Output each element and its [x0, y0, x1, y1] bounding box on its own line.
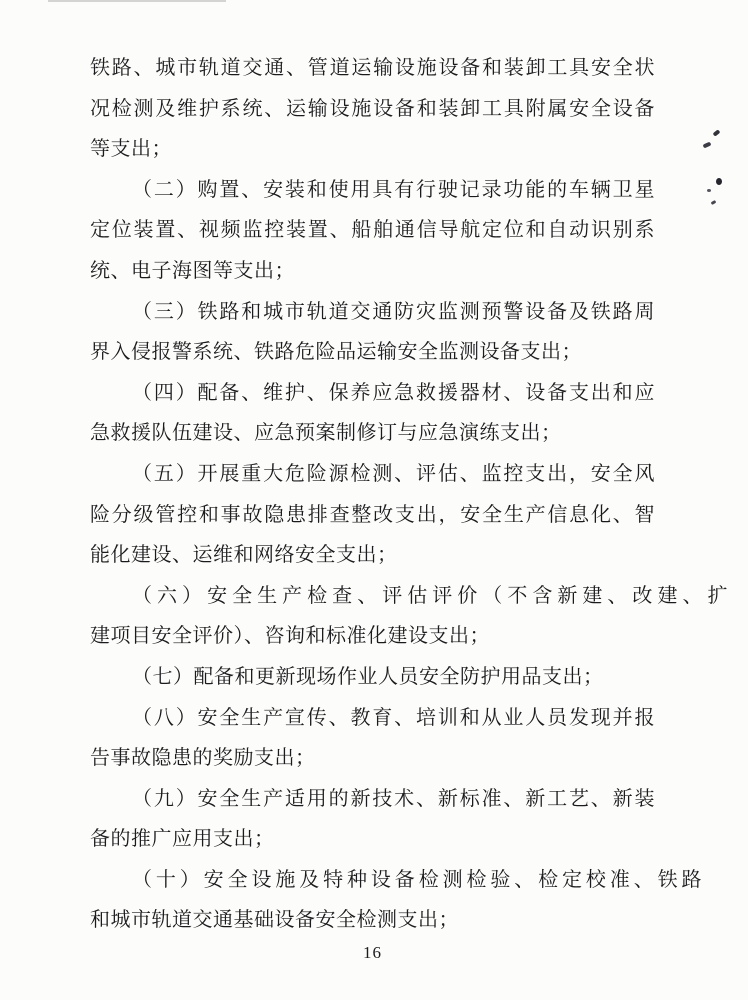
text-line-item-10: （十）安全设施及特种设备检测检验、检定校准、铁路 [90, 860, 702, 901]
text-line-item-3: （三）铁路和城市轨道交通防灾监测预警设备及铁路周 [90, 292, 655, 333]
text-line-item-6: （六）安全生产检查、评估评价（不含新建、改建、扩 [90, 576, 728, 617]
text-line: 等支出； [90, 129, 655, 170]
text-line: 和城市轨道交通基础设备安全检测支出； [90, 900, 655, 941]
ink-speck [713, 129, 721, 136]
text-line: 告事故隐患的奖励支出； [90, 738, 655, 779]
text-line-item-2: （二）购置、安装和使用具有行驶记录功能的车辆卫星 [90, 170, 655, 211]
text-line: 急救援队伍建设、应急预案制修订与应急演练支出； [90, 413, 655, 454]
text-line: 建项目安全评价）、咨询和标准化建设支出； [90, 616, 655, 657]
text-line-item-8: （八）安全生产宣传、教育、培训和从业人员发现并报 [90, 698, 655, 739]
text-line-item-4: （四）配备、维护、保养应急救援器材、设备支出和应 [90, 373, 655, 414]
text-line: 铁路、城市轨道交通、管道运输设施设备和装卸工具安全状 [90, 48, 655, 89]
text-line-item-7: （七）配备和更新现场作业人员安全防护用品支出； [90, 657, 655, 698]
document-page: 铁路、城市轨道交通、管道运输设施设备和装卸工具安全状 况检测及维护系统、运输设施… [0, 0, 748, 1000]
text-block: 铁路、城市轨道交通、管道运输设施设备和装卸工具安全状 况检测及维护系统、运输设施… [90, 48, 655, 941]
text-line: 备的推广应用支出； [90, 819, 655, 860]
ink-speck [707, 189, 711, 192]
scan-edge-artifact [48, 0, 226, 2]
text-line: 界入侵报警系统、铁路危险品运输安全监测设备支出； [90, 332, 655, 373]
text-line-item-9: （九）安全生产适用的新技术、新标准、新工艺、新装 [90, 779, 655, 820]
ink-speck [711, 200, 717, 205]
text-line-item-5: （五）开展重大危险源检测、评估、监控支出，安全风 [90, 454, 655, 495]
ink-speck [716, 178, 722, 185]
text-line: 能化建设、运维和网络安全支出； [90, 535, 655, 576]
text-line: 定位装置、视频监控装置、船舶通信导航定位和自动识别系 [90, 210, 655, 251]
text-line: 险分级管控和事故隐患排查整改支出，安全生产信息化、智 [90, 495, 655, 536]
text-line: 统、电子海图等支出； [90, 251, 655, 292]
page-number: 16 [90, 943, 655, 963]
ink-speck [703, 142, 712, 149]
text-line: 况检测及维护系统、运输设施设备和装卸工具附属安全设备 [90, 89, 655, 130]
